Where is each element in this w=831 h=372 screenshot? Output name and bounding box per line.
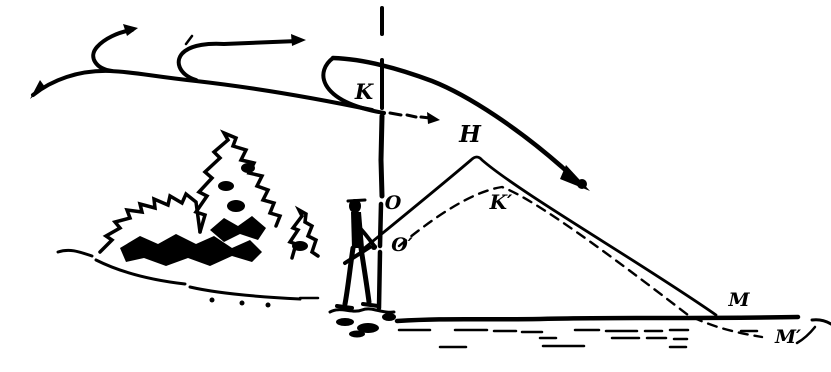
line-wave-hook-1	[93, 30, 132, 71]
small-tick	[186, 36, 192, 44]
ground-main-line	[397, 317, 798, 321]
loop-dash	[390, 113, 401, 115]
loop-top-leg	[333, 58, 575, 179]
blob-arrowhead-dot	[577, 179, 587, 189]
ground-right-tail	[812, 320, 831, 324]
line-wave-hook-2	[179, 41, 298, 80]
rock-line	[330, 309, 394, 312]
shore-rocks	[300, 298, 396, 338]
bush-ground-line	[58, 250, 92, 256]
solid-cast-line	[362, 157, 716, 315]
angler-hand	[371, 244, 377, 250]
loop-dash	[407, 115, 416, 117]
foliage-spot	[241, 163, 255, 173]
small-bush-outline	[290, 210, 318, 258]
vertical-pole	[379, 8, 382, 308]
foliage-spot	[227, 200, 245, 212]
angler-cap	[348, 200, 365, 201]
angler-foot-back	[337, 306, 352, 308]
rock	[382, 313, 396, 321]
label-K: K	[354, 79, 374, 104]
ground-dot	[266, 303, 271, 308]
pole-segment	[380, 204, 381, 246]
water-dashes	[399, 327, 815, 347]
arrowhead-right-icon	[291, 34, 306, 46]
dashed-cast-line	[399, 187, 762, 337]
foliage-spot	[218, 181, 234, 191]
line-wave-base	[33, 71, 372, 110]
arrowhead-to-H-icon	[427, 112, 440, 124]
bank-line	[397, 317, 831, 324]
label-M-prime: M′	[774, 326, 801, 348]
labels: K H O O′ K′ M M′	[354, 79, 801, 348]
bush-ground-line	[190, 287, 300, 299]
bushes	[58, 133, 318, 308]
label-O-prime: O′	[391, 234, 413, 256]
diagram-canvas: K H O O′ K′ M M′	[0, 0, 831, 372]
tall-tree-outline	[196, 133, 280, 232]
arrowhead-up-icon	[123, 24, 138, 36]
foliage-mass	[210, 216, 266, 242]
rock	[349, 331, 365, 338]
label-K-prime: K′	[489, 190, 513, 214]
dashed-trajectory	[399, 187, 762, 337]
angler-leg-back	[345, 248, 353, 304]
angler-foot-front	[363, 304, 378, 306]
foliage-spot	[292, 241, 308, 251]
label-M: M	[727, 289, 750, 311]
loop-nose-leg	[323, 58, 384, 113]
pole-segment	[379, 252, 380, 308]
ground-dot	[240, 301, 245, 306]
label-H: H	[458, 121, 482, 148]
angler-leg-front	[361, 248, 369, 302]
pole-segment	[381, 116, 382, 196]
line-wave-sweep	[30, 24, 372, 110]
foliage-mass	[120, 234, 262, 266]
ground-dot	[210, 298, 215, 303]
rock	[336, 318, 354, 326]
casting-diagram: K H O O′ K′ M M′	[0, 0, 831, 372]
label-O: O	[385, 192, 402, 214]
